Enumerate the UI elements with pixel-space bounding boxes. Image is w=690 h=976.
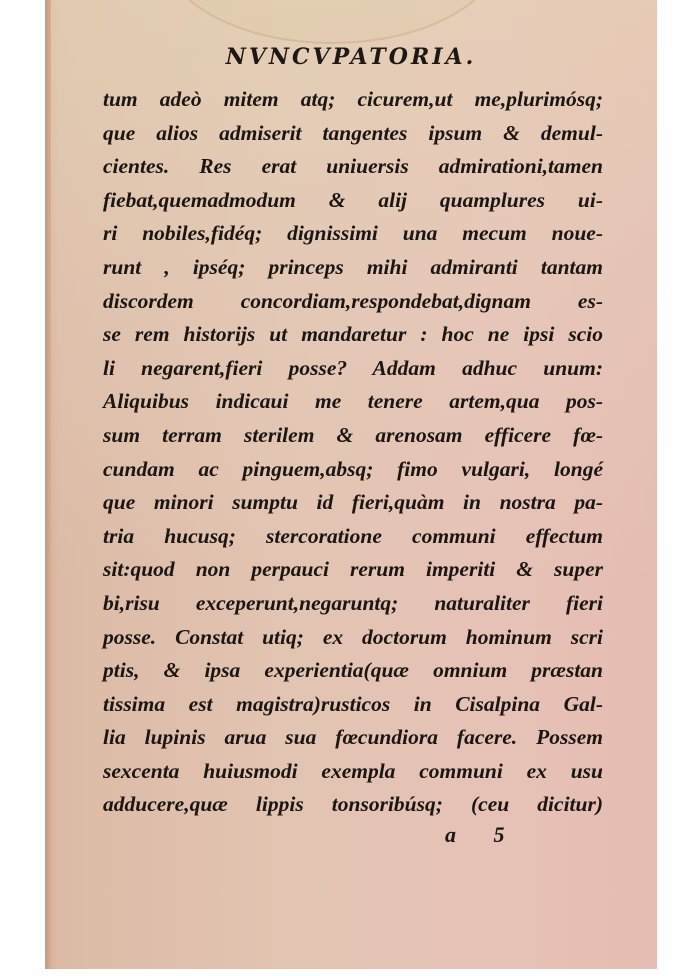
text-line: li negarent,fieri posse? Addam adhuc unu… — [103, 352, 603, 386]
text-line: Aliquibus indicaui me tenere artem,qua p… — [103, 385, 603, 419]
text-line: runt , ipséq; princeps mihi admiranti ta… — [103, 251, 603, 285]
text-line: fiebat,quemadmodum & alij quamplures ui- — [103, 184, 603, 218]
text-line: se rem historijs ut mandaretur : hoc ne … — [103, 318, 603, 352]
running-header: NVNCVPATORIA. — [45, 44, 657, 70]
text-line: sexcenta huiusmodi exempla communi ex us… — [103, 755, 603, 789]
text-line: que minori sumptu id fieri,quàm in nostr… — [103, 486, 603, 520]
water-stain — [160, 0, 504, 44]
text-line: bi,risu exceperunt,negaruntq; naturalite… — [103, 587, 603, 621]
text-line: tum adeò mitem atq; cicurem,ut me,plurim… — [103, 83, 603, 117]
book-page: NVNCVPATORIA. tum adeò mitem atq; cicure… — [45, 0, 657, 969]
signature-mark: a 5 — [445, 822, 505, 848]
text-line: lia lupinis arua sua fœcundiora facere. … — [103, 721, 603, 755]
text-line: sit:quod non perpauci rerum imperiti & s… — [103, 553, 603, 587]
text-line: discordem concordiam,respondebat,dignam … — [103, 285, 603, 319]
page-gutter-edge — [45, 0, 51, 969]
text-line: ri nobiles,fidéq; dignissimi una mecum n… — [103, 217, 603, 251]
text-line: cientes. Res erat uniuersis admirationi,… — [103, 150, 603, 184]
text-line: tria hucusq; stercoratione communi effec… — [103, 520, 603, 554]
text-line: que alios admiserit tangentes ipsum & de… — [103, 117, 603, 151]
text-line: sum terram sterilem & arenosam efficere … — [103, 419, 603, 453]
text-line: ptis, & ipsa experientia(quæ omnium præs… — [103, 654, 603, 688]
text-line: cundam ac pinguem,absq; fimo vulgari, lo… — [103, 453, 603, 487]
body-text: tum adeò mitem atq; cicurem,ut me,plurim… — [103, 83, 603, 822]
text-line: tissima est magistra)rusticos in Cisalpi… — [103, 688, 603, 722]
text-line: adducere,quæ lippis tonsoribúsq; (ceu di… — [103, 788, 603, 822]
text-line: posse. Constat utiq; ex doctorum hominum… — [103, 621, 603, 655]
